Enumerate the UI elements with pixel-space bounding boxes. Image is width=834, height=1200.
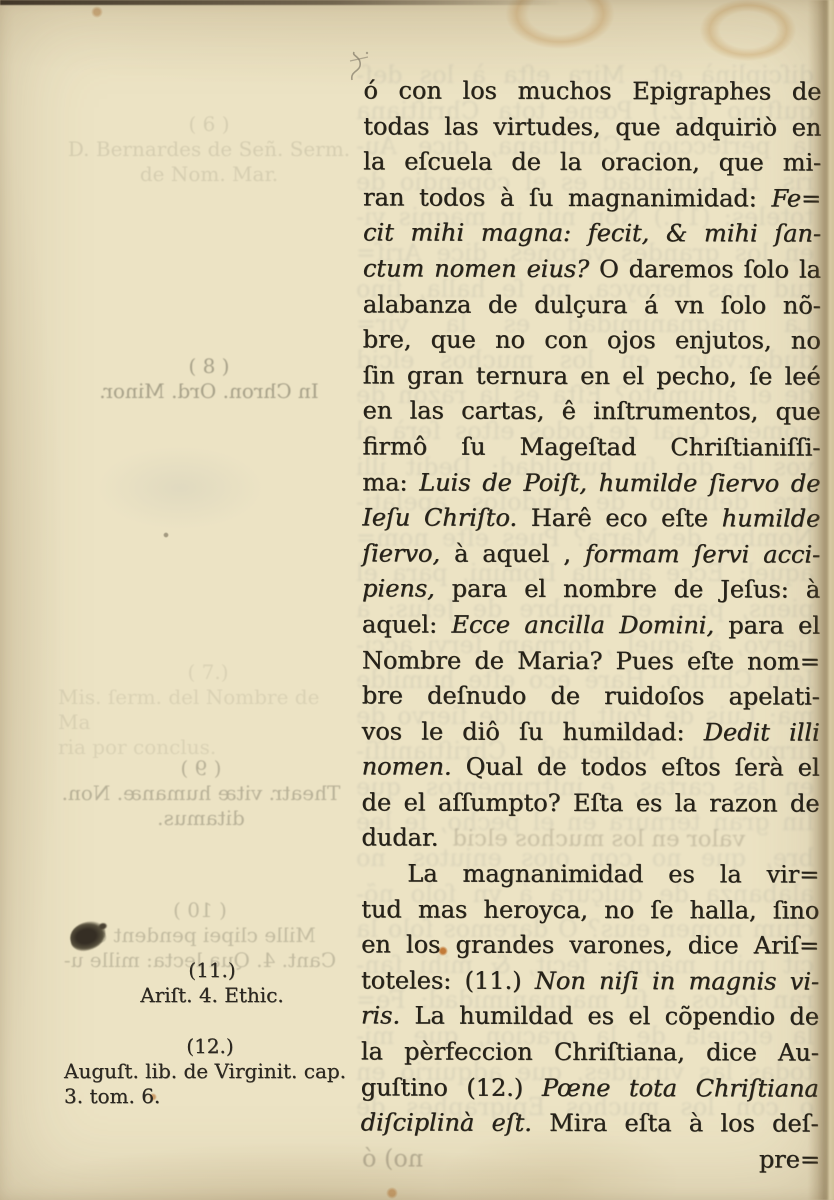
text-segment: en los grandes varones, dice Ariſ= — [361, 931, 819, 960]
note-number: ( 7.) — [58, 660, 358, 685]
text-segment: Nombre de Maria? Pues eſte nom= — [362, 646, 820, 675]
text-segment: tud mas heroyca, no ſe halla, ſino — [361, 895, 819, 924]
text-segment: La humildad es el cõpendio de — [400, 1002, 819, 1031]
text-segment: Dedit illi — [704, 718, 820, 746]
text-segment: guſtino (12.) — [361, 1073, 542, 1101]
text-line: cit mihi magna: fecit, & mihi ſan- — [363, 216, 821, 253]
note-number: ( 6 ) — [66, 112, 352, 137]
text-line: tud mas heroyca, no ſe halla, ſino — [361, 892, 819, 929]
text-segment: Qual de todos eſtos ſerà el — [451, 753, 819, 782]
text-line: la eſcuela de la oracion, que mi- — [363, 145, 821, 182]
text-segment: ris. — [361, 1002, 400, 1030]
bleedthrough-text: no) ó — [362, 1141, 423, 1177]
text-segment: alabanza de dulçura á vn ſolo nõ- — [363, 290, 821, 319]
text-segment: firmô ſu Mageſtad Chriſtianiſſi- — [362, 432, 820, 461]
note-text: Auguſt. lib. de Virginit. cap. — [64, 1059, 356, 1084]
text-line: ó con los muchos Epigraphes de — [363, 73, 821, 110]
note-text: ditamus. — [60, 806, 342, 831]
text-segment: ctum nomen eius? — [363, 254, 589, 283]
text-line: vos le diô ſu humildad: Dedit illi — [362, 714, 820, 751]
text-line: bre, que no con ojos enjutos, no — [363, 323, 821, 360]
text-segment: vos le diô ſu humildad: — [362, 717, 704, 746]
text-segment: ma: — [362, 468, 419, 496]
text-line: bre deſnudo de ruidoſos apelati- — [362, 678, 820, 715]
text-segment: Non niſi in magnis vi- — [535, 967, 819, 996]
text-segment: bre deſnudo de ruidoſos apelati- — [362, 681, 820, 710]
note-number: ( 9 ) — [60, 756, 342, 781]
text-segment: Ieſu Chriſto. — [362, 504, 517, 532]
text-line: ris. La humildad es el cõpendio de — [361, 999, 819, 1036]
text-line: alabanza de dulçura á vn ſolo nõ- — [363, 287, 821, 324]
text-segment: de el aſſumpto? Eſta es la razon de — [361, 788, 819, 817]
margin-bleedthrough-note: ( 9 )Theatr. vitæ humanæ. Non.ditamus. — [60, 756, 342, 831]
text-segment: la pèrfeccion Chriſtiana, dice Au- — [361, 1037, 819, 1066]
text-line: ran todos à ſu magnanimidad: Fe= — [363, 180, 821, 217]
text-line: nomen. Qual de todos eſtos ſerà el — [362, 750, 820, 787]
margin-bleedthrough-note: ( 7.)Mis. ſerm. del Nombre de Maria por … — [58, 660, 358, 760]
text-segment: La magnanimidad es la vir= — [407, 860, 819, 889]
text-segment: aquel: — [362, 610, 451, 638]
note-text: In Chron. Ord. Minor. — [70, 379, 348, 404]
text-segment: dudar. — [361, 824, 438, 852]
text-segment: cit mihi magna: fecit, & mihi ſan- — [363, 219, 821, 248]
text-segment: piens, — [362, 575, 435, 603]
note-number: ( 10 ) — [50, 898, 350, 923]
margin-bleedthrough-note: ( 8 )In Chron. Ord. Minor. — [70, 354, 348, 404]
note-text: Theatr. vitæ humanæ. Non. — [60, 781, 342, 806]
text-segment: nomen. — [362, 753, 452, 781]
text-segment: ſiervo, — [362, 539, 440, 567]
note-text: Ariſt. 4. Ethic. — [112, 983, 312, 1008]
text-line: ſiervo, à aquel , formam ſervi acci- — [362, 536, 820, 573]
text-segment: ran todos à ſu magnanimidad: — [363, 183, 771, 212]
text-line: de el aſſumpto? Eſta es la razon de — [361, 785, 819, 822]
text-segment: ſin gran ternura en el pecho, ſe leé — [363, 361, 821, 390]
scanned-book-page: diſciplinà eſt. Mira eſta à los deſ-guſt… — [0, 0, 834, 1200]
text-line: ctum nomen eius? O daremos ſolo la — [363, 251, 821, 288]
text-segment: la eſcuela de la oracion, que mi- — [363, 148, 821, 177]
text-segment: Ecce ancilla Domini, — [451, 611, 714, 640]
note-text: 3. tom. 6. — [64, 1084, 356, 1109]
page-fold-edge — [808, 0, 834, 1200]
text-line: diſciplinà eſt. Mira eſta à los deſ- — [361, 1106, 819, 1143]
text-line: ſin gran ternura en el pecho, ſe leé — [363, 358, 821, 395]
text-segment: Luis de Poiſt, humilde ſiervo de — [419, 468, 820, 497]
text-segment: todas las virtudes, que adquiriò en — [363, 112, 821, 141]
ink-squiggle-mark — [348, 50, 374, 88]
note-text: de Nom. Mar. — [66, 162, 352, 187]
text-segment: Harê eco eſte — [517, 504, 722, 533]
text-line: en los grandes varones, dice Ariſ= — [361, 928, 819, 965]
note-text: D. Bernardes de Señ. Serm. — [66, 137, 352, 162]
text-line: en las cartas, ê inſtrumentos, que — [362, 394, 820, 431]
text-line: todas las virtudes, que adquiriò en — [363, 109, 821, 146]
note-number: (12.) — [64, 1034, 356, 1059]
text-segment: toteles: (11.) — [361, 966, 535, 994]
text-line: aquel: Ecce ancilla Domini, para el — [362, 607, 820, 644]
text-segment: ó con los muchos Epigraphes de — [363, 76, 821, 105]
text-segment: Pœne tota Chriſtiana — [542, 1073, 819, 1102]
text-line: firmô ſu Mageſtad Chriſtianiſſi- — [362, 429, 820, 466]
text-column: ó con los muchos Epigraphes detodas las … — [361, 73, 822, 1142]
text-segment: O daremos ſolo la — [589, 255, 821, 284]
margin-bleedthrough-note: ( 6 )D. Bernardes de Señ. Serm.de Nom. M… — [66, 112, 352, 187]
text-segment: en las cartas, ê inſtrumentos, que — [362, 397, 820, 426]
text-line: Nombre de Maria? Pues eſte nom= — [362, 643, 820, 680]
text-line: toteles: (11.) Non niſi in magnis vi- — [361, 963, 819, 1000]
text-segment: para el — [714, 611, 820, 639]
text-line: Ieſu Chriſto. Harê eco eſte humilde — [362, 501, 820, 538]
note-text: Mis. ſerm. del Nombre de Ma — [58, 685, 358, 735]
margin-notes-area: (11.)Ariſt. 4. Ethic.(12.)Auguſt. lib. d… — [0, 0, 360, 1200]
text-segment: formam ſervi acci- — [585, 540, 820, 569]
text-line: La magnanimidad es la vir= — [361, 856, 819, 893]
text-line: dudar.valor en los muchos elcid — [361, 821, 819, 858]
text-line: la pèrfeccion Chriſtiana, dice Au- — [361, 1034, 819, 1071]
text-segment: bre, que no con ojos enjutos, no — [363, 326, 821, 355]
text-segment: diſciplinà eſt. — [361, 1109, 532, 1137]
footer-line: no) ó pre= — [362, 1139, 820, 1178]
text-segment: para el nombre de Jeſus: à — [435, 575, 820, 604]
note-text: Cant. 4. Qua lecta: mille u- — [50, 948, 350, 973]
note-number: ( 8 ) — [70, 354, 348, 379]
text-segment: humilde — [722, 504, 821, 532]
text-line: guſtino (12.) Pœne tota Chriſtiana — [361, 1070, 819, 1107]
margin-citation-note: (12.)Auguſt. lib. de Virginit. cap.3. to… — [64, 1034, 356, 1109]
text-segment: à aquel , — [440, 539, 585, 567]
text-segment: Mira eſta à los deſ- — [532, 1109, 819, 1138]
text-line: ma: Luis de Poiſt, humilde ſiervo de — [362, 465, 820, 502]
text-line: piens, para el nombre de Jeſus: à — [362, 572, 820, 609]
bleedthrough-text: valor en los muchos elcid — [452, 822, 745, 858]
